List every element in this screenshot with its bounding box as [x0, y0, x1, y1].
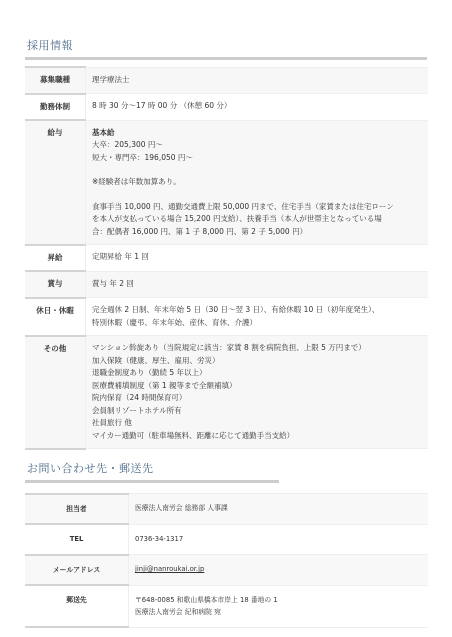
allowance-line: 食事手当 10,000 円、通勤交通費上限 50,000 円まで、住宅手当（家賃…	[92, 201, 424, 214]
job-type-value: 理学療法士	[92, 74, 424, 87]
table-row-bonus: 賞与 賞与 年 2 回	[25, 271, 428, 298]
table-row-holidays: 休日・休暇 完全週休 2 日制、年末年始 5 日（30 日～翌 3 日）、有給休…	[25, 298, 428, 336]
row-label: 募集職種	[25, 67, 86, 94]
table-row-address: 郵送先 〒648-0085 和歌山県橋本市岸上 18 番地の 1 医療法人南労会…	[25, 585, 428, 627]
contact-section-title: お問い合わせ先・郵送先	[25, 460, 427, 480]
row-label: メールアドレス	[25, 555, 129, 586]
benefit-line: 退職金制度あり（勤続 5 年以上）	[92, 367, 424, 380]
table-row-salary: 給与 基本給 大卒：205,300 円～ 短大・専門卒：196,050 円～ ※…	[25, 120, 428, 245]
salary-note: ※経験者は年数加算あり。	[92, 176, 424, 189]
benefit-line: 加入保険（健康、厚生、雇用、労災）	[92, 355, 424, 368]
person-value: 医療法人南労会 総務部 人事課	[129, 494, 429, 525]
row-label: 担当者	[25, 494, 129, 525]
table-row-person: 担当者 医療法人南労会 総務部 人事課	[25, 494, 428, 525]
recruit-section-title: 採用情報	[25, 37, 427, 57]
table-row-raise: 昇給 定期昇給 年 1 回	[25, 245, 428, 272]
salary-heading: 基本給	[92, 127, 424, 140]
title-underline	[25, 57, 427, 60]
table-row-work-hours: 勤務体制 8 時 30 分～17 時 00 分 （休憩 60 分）	[25, 94, 428, 121]
row-value: 8 時 30 分～17 時 00 分 （休憩 60 分）	[86, 94, 429, 121]
row-label: 給与	[25, 120, 86, 245]
salary-university: 大卒：205,300 円～	[92, 139, 424, 152]
contact-table: 担当者 医療法人南労会 総務部 人事課 TEL 0736-34-1317 メール…	[25, 493, 428, 629]
salary-college: 短大・専門卒：196,050 円～	[92, 152, 424, 165]
row-value: 理学療法士	[86, 67, 429, 94]
row-label: TEL	[25, 524, 129, 555]
holidays-line: 完全週休 2 日制、年末年始 5 日（30 日～翌 3 日）、有給休暇 10 日…	[92, 304, 424, 317]
benefit-line: 医療費補填制度（第 1 親等まで全額補填）	[92, 380, 424, 393]
row-label: 賞与	[25, 271, 86, 298]
row-value: 完全週休 2 日制、年末年始 5 日（30 日～翌 3 日）、有給休暇 10 日…	[86, 298, 429, 336]
table-row-other: その他 マンション斡旋あり（当院規定に該当：家賃 8 割を病院負担、上限 5 万…	[25, 336, 428, 449]
row-label: その他	[25, 336, 86, 449]
email-cell: jinji@nanroukai.or.jp	[129, 555, 429, 586]
address-line: 〒648-0085 和歌山県橋本市岸上 18 番地の 1	[135, 594, 424, 607]
row-label: 休日・休暇	[25, 298, 86, 336]
tel-value: 0736-34-1317	[129, 524, 429, 555]
work-hours-value: 8 時 30 分～17 時 00 分 （休憩 60 分）	[92, 100, 424, 113]
table-row-job-type: 募集職種 理学療法士	[25, 67, 428, 94]
page: 採用情報 募集職種 理学療法士 勤務体制 8 時 30 分～17 時 00 分 …	[0, 0, 452, 628]
address-value: 〒648-0085 和歌山県橋本市岸上 18 番地の 1 医療法人南労会 紀和病…	[129, 585, 429, 627]
recruit-table: 募集職種 理学療法士 勤務体制 8 時 30 分～17 時 00 分 （休憩 6…	[25, 66, 428, 450]
row-value: 賞与 年 2 回	[86, 271, 429, 298]
benefit-line: 院内保育（24 時間保育可）	[92, 392, 424, 405]
bonus-value: 賞与 年 2 回	[92, 278, 424, 291]
row-label: 昇給	[25, 245, 86, 272]
recruit-section: 採用情報 募集職種 理学療法士 勤務体制 8 時 30 分～17 時 00 分 …	[25, 0, 427, 450]
contact-section: お問い合わせ先・郵送先 担当者 医療法人南労会 総務部 人事課 TEL 0736…	[25, 450, 427, 629]
benefit-line: 会員制リゾートホテル所有	[92, 405, 424, 418]
row-label: 勤務体制	[25, 94, 86, 121]
row-value: マンション斡旋あり（当院規定に該当：家賃 8 割を病院負担、上限 5 万円まで）…	[86, 336, 429, 449]
benefit-line: マイカー通勤可（駐車場無料、距離に応じて通勤手当支給）	[92, 430, 424, 443]
allowance-line: を本人が支払っている場合 15,200 円支給）、扶養手当（本人が世帯主となって…	[92, 213, 424, 226]
benefit-line: 社員旅行 他	[92, 417, 424, 430]
table-row-email: メールアドレス jinji@nanroukai.or.jp	[25, 555, 428, 586]
row-value: 基本給 大卒：205,300 円～ 短大・専門卒：196,050 円～ ※経験者…	[86, 120, 429, 245]
email-link[interactable]: jinji@nanroukai.or.jp	[135, 565, 204, 573]
address-line: 医療法人南労会 紀和病院 宛	[135, 606, 424, 619]
benefit-line: マンション斡旋あり（当院規定に該当：家賃 8 割を病院負担、上限 5 万円まで）	[92, 342, 424, 355]
row-label: 郵送先	[25, 585, 129, 627]
holidays-line: 特別休暇（慶弔、年末年始、産休、育休、介護）	[92, 317, 424, 330]
row-value: 定期昇給 年 1 回	[86, 245, 429, 272]
title-underline	[25, 480, 279, 483]
allowance-line: 合：配偶者 16,000 円、第 1 子 8,000 円、第 2 子 5,000…	[92, 226, 424, 239]
table-row-tel: TEL 0736-34-1317	[25, 524, 428, 555]
raise-value: 定期昇給 年 1 回	[92, 251, 424, 264]
